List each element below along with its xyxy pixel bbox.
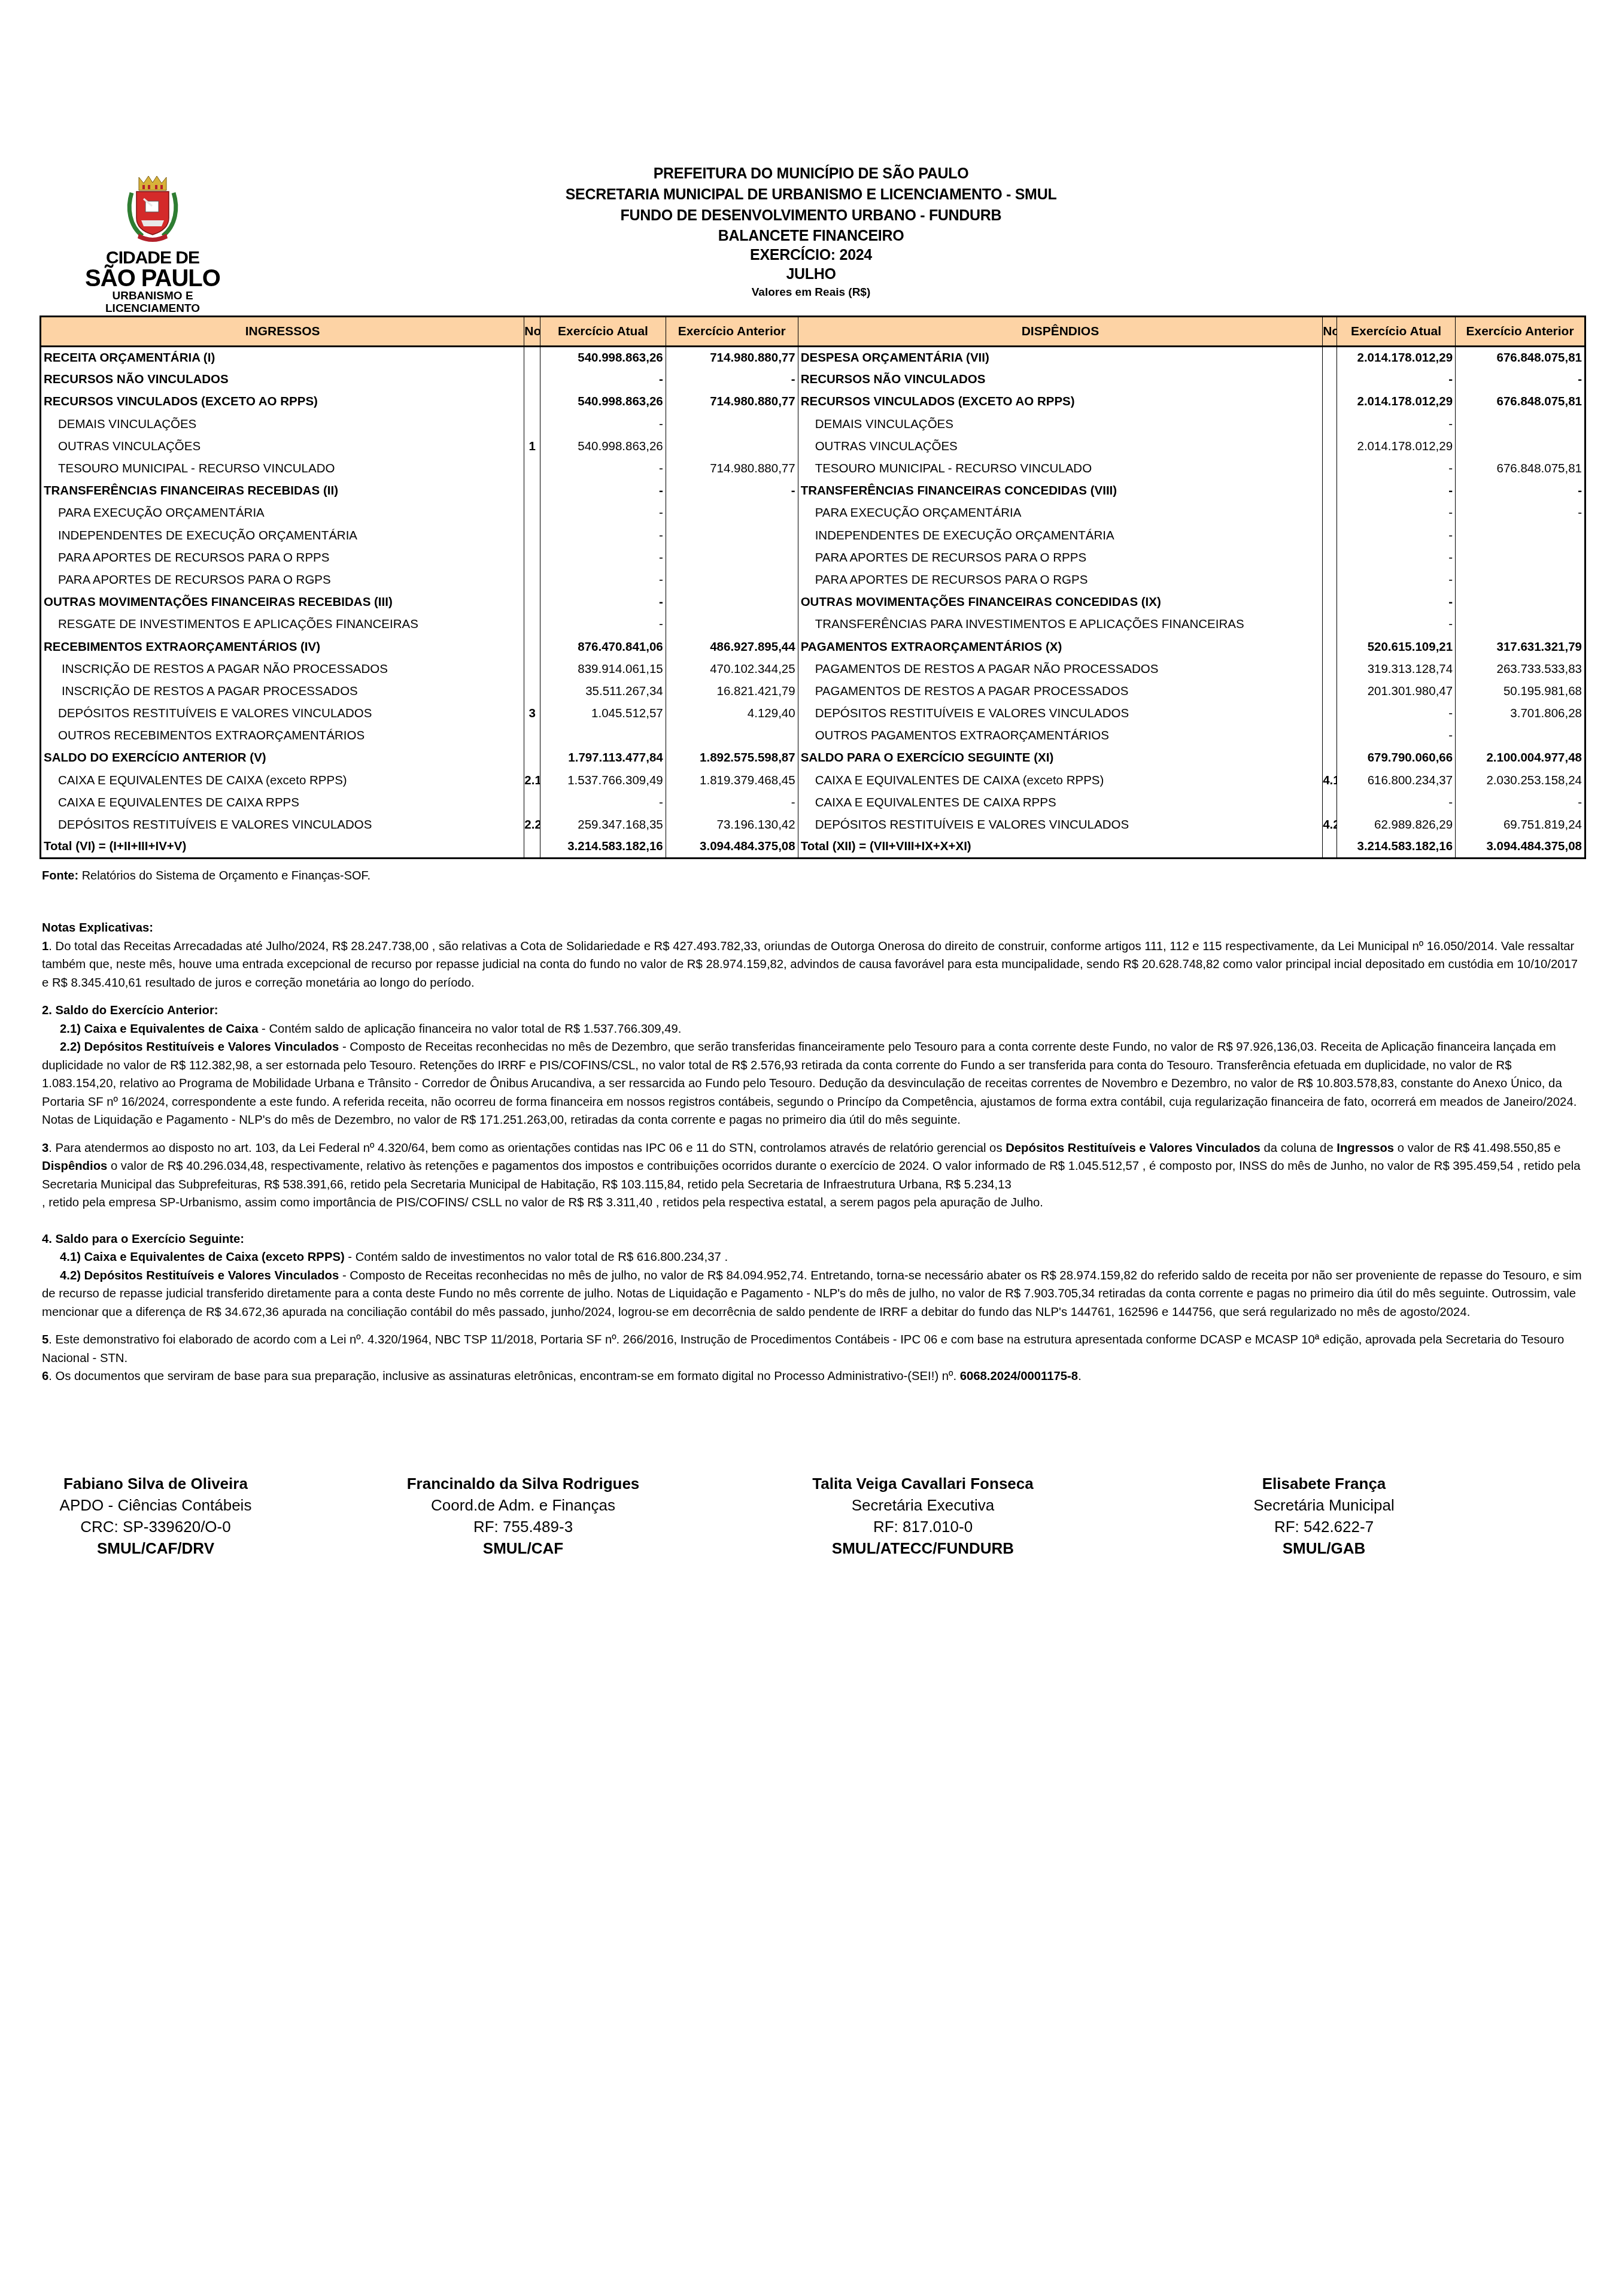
table-row: PARA APORTES DE RECURSOS PARA O RPPS-PAR… xyxy=(41,547,1585,569)
note-5: 5. Este demonstrativo foi elaborado de a… xyxy=(42,1331,1586,1367)
out-nota xyxy=(1323,658,1337,680)
out-label: PARA APORTES DE RECURSOS PARA O RPPS xyxy=(798,547,1323,569)
in-nota: 3 xyxy=(524,703,540,725)
in-exercicio-anterior: 16.821.421,79 xyxy=(666,680,798,702)
in-exercicio-anterior: - xyxy=(666,480,798,502)
out-label: TESOURO MUNICIPAL - RECURSO VINCULADO xyxy=(798,457,1323,480)
note-4-1: 4.1) Caixa e Equivalentes de Caixa (exce… xyxy=(42,1248,1586,1267)
in-label: RECEITA ORÇAMENTÁRIA (I) xyxy=(41,347,524,369)
in-nota xyxy=(524,347,540,369)
in-exercicio-atual: 1.045.512,57 xyxy=(540,703,666,725)
in-nota: 2.1 xyxy=(524,769,540,791)
balancete-table: INGRESSOS Nota Exercício Atual Exercício… xyxy=(40,316,1586,859)
in-exercicio-atual: - xyxy=(540,791,666,814)
out-label: TRANSFERÊNCIAS PARA INVESTIMENTOS E APLI… xyxy=(798,614,1323,636)
signature-block: Francinaldo da Silva Rodrigues Coord.de … xyxy=(356,1473,691,1559)
in-label: RESGATE DE INVESTIMENTOS E APLICAÇÕES FI… xyxy=(41,614,524,636)
out-exercicio-atual: 201.301.980,47 xyxy=(1337,680,1455,702)
out-exercicio-anterior: - xyxy=(1456,502,1585,524)
explanatory-notes: Notas Explicativas: 1. Do total das Rece… xyxy=(42,919,1586,1386)
in-nota xyxy=(524,391,540,413)
signer-id: RF: 755.489-3 xyxy=(356,1516,691,1537)
table-row: RECURSOS VINCULADOS (EXCETO AO RPPS)540.… xyxy=(41,391,1585,413)
logo: CIDADE DE SÃO PAULO URBANISMO E LICENCIA… xyxy=(84,175,221,303)
document-title: BALANCETE FINANCEIRO xyxy=(359,226,1263,245)
out-nota xyxy=(1323,614,1337,636)
out-label: DEMAIS VINCULAÇÕES xyxy=(798,413,1323,435)
out-exercicio-anterior: 50.195.981,68 xyxy=(1456,680,1585,702)
in-label: RECURSOS VINCULADOS (EXCETO AO RPPS) xyxy=(41,391,524,413)
out-exercicio-anterior xyxy=(1456,547,1585,569)
signature-block: Elisabete França Secretária Municipal RF… xyxy=(1156,1473,1492,1559)
in-exercicio-anterior xyxy=(666,569,798,591)
header-dispendios: DISPÊNDIOS xyxy=(798,317,1323,347)
out-exercicio-anterior: - xyxy=(1456,369,1585,391)
header-fundo: FUNDO DE DESENVOLVIMENTO URBANO - FUNDUR… xyxy=(359,205,1263,226)
in-label: SALDO DO EXERCÍCIO ANTERIOR (V) xyxy=(41,747,524,769)
out-exercicio-atual: - xyxy=(1337,592,1455,614)
in-nota: 2.2 xyxy=(524,814,540,836)
in-nota xyxy=(524,636,540,658)
in-exercicio-atual: - xyxy=(540,569,666,591)
out-nota xyxy=(1323,347,1337,369)
out-exercicio-atual: - xyxy=(1337,524,1455,547)
header-exercicio-atual: Exercício Atual xyxy=(1337,317,1455,347)
in-exercicio-atual xyxy=(540,725,666,747)
table-row: CAIXA E EQUIVALENTES DE CAIXA RPPS--CAIX… xyxy=(41,791,1585,814)
out-exercicio-atual: - xyxy=(1337,547,1455,569)
header-nota: Nota xyxy=(1323,317,1337,347)
in-exercicio-anterior xyxy=(666,413,798,435)
out-nota xyxy=(1323,791,1337,814)
in-nota: 1 xyxy=(524,435,540,457)
signer-id: CRC: SP-339620/O-0 xyxy=(0,1516,323,1537)
in-exercicio-atual: - xyxy=(540,369,666,391)
table-row: RECEITA ORÇAMENTÁRIA (I)540.998.863,2671… xyxy=(41,347,1585,369)
in-label: PARA APORTES DE RECURSOS PARA O RGPS xyxy=(41,569,524,591)
out-exercicio-anterior: 676.848.075,81 xyxy=(1456,391,1585,413)
table-row: OUTRAS MOVIMENTAÇÕES FINANCEIRAS RECEBID… xyxy=(41,592,1585,614)
header-exercicio: EXERCÍCIO: 2024 xyxy=(359,245,1263,265)
in-nota xyxy=(524,524,540,547)
in-nota xyxy=(524,369,540,391)
table-row: CAIXA E EQUIVALENTES DE CAIXA (exceto RP… xyxy=(41,769,1585,791)
in-exercicio-anterior: 3.094.484.375,08 xyxy=(666,836,798,859)
signer-id: RF: 817.010-0 xyxy=(755,1516,1091,1537)
out-label: PAGAMENTOS DE RESTOS A PAGAR NÃO PROCESS… xyxy=(798,658,1323,680)
document-header: PREFEITURA DO MUNICÍPIO DE SÃO PAULO SEC… xyxy=(359,163,1263,302)
out-exercicio-atual: 520.615.109,21 xyxy=(1337,636,1455,658)
in-exercicio-anterior: 714.980.880,77 xyxy=(666,347,798,369)
table-row: RECURSOS NÃO VINCULADOS-- RECURSOS NÃO V… xyxy=(41,369,1585,391)
signer-role: Coord.de Adm. e Finanças xyxy=(356,1494,691,1516)
in-nota xyxy=(524,547,540,569)
out-exercicio-atual: - xyxy=(1337,457,1455,480)
signer-unit: SMUL/CAF xyxy=(356,1537,691,1559)
header-exercicio-anterior: Exercício Anterior xyxy=(666,317,798,347)
in-label: INSCRIÇÃO DE RESTOS A PAGAR NÃO PROCESSA… xyxy=(41,658,524,680)
in-exercicio-anterior: 714.980.880,77 xyxy=(666,391,798,413)
in-label: TESOURO MUNICIPAL - RECURSO VINCULADO xyxy=(41,457,524,480)
signer-name: Talita Veiga Cavallari Fonseca xyxy=(755,1473,1091,1494)
logo-line3: URBANISMO E xyxy=(84,290,221,302)
out-exercicio-anterior: - xyxy=(1456,791,1585,814)
table-body: RECEITA ORÇAMENTÁRIA (I)540.998.863,2671… xyxy=(41,347,1585,859)
in-exercicio-anterior xyxy=(666,614,798,636)
in-exercicio-atual: - xyxy=(540,502,666,524)
out-nota xyxy=(1323,435,1337,457)
out-nota xyxy=(1323,369,1337,391)
out-nota xyxy=(1323,502,1337,524)
out-nota xyxy=(1323,636,1337,658)
out-label: OUTRAS MOVIMENTAÇÕES FINANCEIRAS CONCEDI… xyxy=(798,592,1323,614)
source-text: Relatórios do Sistema de Orçamento e Fin… xyxy=(78,869,370,882)
out-exercicio-anterior: - xyxy=(1456,480,1585,502)
signature-block: Talita Veiga Cavallari Fonseca Secretári… xyxy=(755,1473,1091,1559)
in-exercicio-atual: 540.998.863,26 xyxy=(540,347,666,369)
in-label: DEPÓSITOS RESTITUÍVEIS E VALORES VINCULA… xyxy=(41,703,524,725)
in-label: INDEPENDENTES DE EXECUÇÃO ORÇAMENTÁRIA xyxy=(41,524,524,547)
out-label: OUTROS PAGAMENTOS EXTRAORÇAMENTÁRIOS xyxy=(798,725,1323,747)
in-label: DEPÓSITOS RESTITUÍVEIS E VALORES VINCULA… xyxy=(41,814,524,836)
table-row: DEMAIS VINCULAÇÕES-DEMAIS VINCULAÇÕES- xyxy=(41,413,1585,435)
signer-name: Fabiano Silva de Oliveira xyxy=(0,1473,323,1494)
in-exercicio-anterior xyxy=(666,524,798,547)
out-nota: 4.2 xyxy=(1323,814,1337,836)
note-4-title: 4. Saldo para o Exercício Seguinte: xyxy=(42,1230,1586,1249)
note-4-2: 4.2) Depósitos Restituíveis e Valores Vi… xyxy=(42,1267,1586,1322)
table-row: DEPÓSITOS RESTITUÍVEIS E VALORES VINCULA… xyxy=(41,703,1585,725)
header-exercicio-anterior: Exercício Anterior xyxy=(1456,317,1585,347)
signatures: Fabiano Silva de Oliveira APDO - Ciência… xyxy=(0,1473,1622,1569)
in-exercicio-anterior xyxy=(666,435,798,457)
out-exercicio-anterior xyxy=(1456,592,1585,614)
in-exercicio-anterior: 1.819.379.468,45 xyxy=(666,769,798,791)
in-exercicio-atual: - xyxy=(540,592,666,614)
table-row: INSCRIÇÃO DE RESTOS A PAGAR NÃO PROCESSA… xyxy=(41,658,1585,680)
sao-paulo-coat-of-arms-icon xyxy=(126,175,180,245)
out-nota xyxy=(1323,725,1337,747)
out-exercicio-atual: - xyxy=(1337,480,1455,502)
header-nota: Nota xyxy=(524,317,540,347)
out-exercicio-atual: 3.214.583.182,16 xyxy=(1337,836,1455,859)
table-row: RECEBIMENTOS EXTRAORÇAMENTÁRIOS (IV)876.… xyxy=(41,636,1585,658)
out-label: DESPESA ORÇAMENTÁRIA (VII) xyxy=(798,347,1323,369)
notes-title: Notas Explicativas: xyxy=(42,921,153,935)
out-nota xyxy=(1323,747,1337,769)
table-row: OUTRAS VINCULAÇÕES1540.998.863,26OUTRAS … xyxy=(41,435,1585,457)
in-exercicio-atual: - xyxy=(540,457,666,480)
out-nota xyxy=(1323,524,1337,547)
out-nota xyxy=(1323,457,1337,480)
out-exercicio-anterior xyxy=(1456,524,1585,547)
table-row: PARA APORTES DE RECURSOS PARA O RGPS-PAR… xyxy=(41,569,1585,591)
out-label: PAGAMENTOS EXTRAORÇAMENTÁRIOS (X) xyxy=(798,636,1323,658)
logo-line4: LICENCIAMENTO xyxy=(84,302,221,315)
in-label: CAIXA E EQUIVALENTES DE CAIXA (exceto RP… xyxy=(41,769,524,791)
header-prefeitura: PREFEITURA DO MUNICÍPIO DE SÃO PAULO xyxy=(359,163,1263,184)
out-exercicio-atual: 616.800.234,37 xyxy=(1337,769,1455,791)
in-exercicio-anterior: - xyxy=(666,791,798,814)
out-exercicio-anterior: 3.094.484.375,08 xyxy=(1456,836,1585,859)
out-exercicio-atual: - xyxy=(1337,413,1455,435)
in-exercicio-atual: 1.797.113.477,84 xyxy=(540,747,666,769)
out-label: INDEPENDENTES DE EXECUÇÃO ORÇAMENTÁRIA xyxy=(798,524,1323,547)
signer-unit: SMUL/ATECC/FUNDURB xyxy=(755,1537,1091,1559)
out-exercicio-atual: 2.014.178.012,29 xyxy=(1337,391,1455,413)
out-label: PARA EXECUÇÃO ORÇAMENTÁRIA xyxy=(798,502,1323,524)
table-row: SALDO DO EXERCÍCIO ANTERIOR (V)1.797.113… xyxy=(41,747,1585,769)
out-nota xyxy=(1323,703,1337,725)
table-row: PARA EXECUÇÃO ORÇAMENTÁRIA-PARA EXECUÇÃO… xyxy=(41,502,1585,524)
in-exercicio-atual: 540.998.863,26 xyxy=(540,435,666,457)
out-exercicio-anterior: 2.030.253.158,24 xyxy=(1456,769,1585,791)
in-nota xyxy=(524,680,540,702)
in-exercicio-anterior: 4.129,40 xyxy=(666,703,798,725)
in-exercicio-anterior: 486.927.895,44 xyxy=(666,636,798,658)
out-exercicio-atual: 62.989.826,29 xyxy=(1337,814,1455,836)
signer-role: APDO - Ciências Contábeis xyxy=(0,1494,323,1516)
signature-block: Fabiano Silva de Oliveira APDO - Ciência… xyxy=(0,1473,323,1559)
signer-name: Elisabete França xyxy=(1156,1473,1492,1494)
in-exercicio-atual: - xyxy=(540,524,666,547)
out-exercicio-atual: - xyxy=(1337,369,1455,391)
out-exercicio-atual: 679.790.060,66 xyxy=(1337,747,1455,769)
out-exercicio-anterior xyxy=(1456,614,1585,636)
out-exercicio-anterior: 2.100.004.977,48 xyxy=(1456,747,1585,769)
header-secretaria: SECRETARIA MUNICIPAL DE URBANISMO E LICE… xyxy=(359,184,1263,205)
in-label: OUTRAS MOVIMENTAÇÕES FINANCEIRAS RECEBID… xyxy=(41,592,524,614)
in-exercicio-atual: 1.537.766.309,49 xyxy=(540,769,666,791)
out-label: TRANSFERÊNCIAS FINANCEIRAS CONCEDIDAS (V… xyxy=(798,480,1323,502)
in-exercicio-anterior xyxy=(666,725,798,747)
table-row: Total (VI) = (I+II+III+IV+V)3.214.583.18… xyxy=(41,836,1585,859)
header-units: Valores em Reais (R$) xyxy=(359,284,1263,302)
out-exercicio-anterior: 676.848.075,81 xyxy=(1456,457,1585,480)
in-exercicio-atual: 839.914.061,15 xyxy=(540,658,666,680)
note-2-1: 2.1) Caixa e Equivalentes de Caixa - Con… xyxy=(42,1020,1586,1039)
signer-role: Secretária Municipal xyxy=(1156,1494,1492,1516)
out-label: CAIXA E EQUIVALENTES DE CAIXA RPPS xyxy=(798,791,1323,814)
in-label: OUTROS RECEBIMENTOS EXTRAORÇAMENTÁRIOS xyxy=(41,725,524,747)
out-label: SALDO PARA O EXERCÍCIO SEGUINTE (XI) xyxy=(798,747,1323,769)
out-label: OUTRAS VINCULAÇÕES xyxy=(798,435,1323,457)
in-nota xyxy=(524,457,540,480)
in-nota xyxy=(524,592,540,614)
source-note: Fonte: Relatórios do Sistema de Orçament… xyxy=(42,869,370,883)
in-nota xyxy=(524,791,540,814)
in-label: TRANSFERÊNCIAS FINANCEIRAS RECEBIDAS (II… xyxy=(41,480,524,502)
in-label: RECURSOS NÃO VINCULADOS xyxy=(41,369,524,391)
table-row: DEPÓSITOS RESTITUÍVEIS E VALORES VINCULA… xyxy=(41,814,1585,836)
out-label: DEPÓSITOS RESTITUÍVEIS E VALORES VINCULA… xyxy=(798,703,1323,725)
logo-line2: SÃO PAULO xyxy=(84,267,221,290)
table-row: RESGATE DE INVESTIMENTOS E APLICAÇÕES FI… xyxy=(41,614,1585,636)
in-exercicio-atual: - xyxy=(540,480,666,502)
note-1: 1. Do total das Receitas Arrecadadas até… xyxy=(42,938,1586,993)
out-exercicio-anterior xyxy=(1456,413,1585,435)
note-2-title: 2. Saldo do Exercício Anterior: xyxy=(42,1002,1586,1020)
in-exercicio-anterior: - xyxy=(666,369,798,391)
in-label: Total (VI) = (I+II+III+IV+V) xyxy=(41,836,524,859)
in-nota xyxy=(524,569,540,591)
in-exercicio-anterior: 470.102.344,25 xyxy=(666,658,798,680)
table-row: INSCRIÇÃO DE RESTOS A PAGAR PROCESSADOS3… xyxy=(41,680,1585,702)
out-exercicio-anterior xyxy=(1456,569,1585,591)
out-exercicio-anterior: 676.848.075,81 xyxy=(1456,347,1585,369)
signer-unit: SMUL/CAF/DRV xyxy=(0,1537,323,1559)
out-exercicio-atual: 2.014.178.012,29 xyxy=(1337,347,1455,369)
in-exercicio-atual: - xyxy=(540,614,666,636)
out-nota xyxy=(1323,592,1337,614)
out-label: PARA APORTES DE RECURSOS PARA O RGPS xyxy=(798,569,1323,591)
out-exercicio-atual: - xyxy=(1337,703,1455,725)
in-exercicio-anterior: 1.892.575.598,87 xyxy=(666,747,798,769)
in-exercicio-atual: 35.511.267,34 xyxy=(540,680,666,702)
in-label: INSCRIÇÃO DE RESTOS A PAGAR PROCESSADOS xyxy=(41,680,524,702)
in-label: RECEBIMENTOS EXTRAORÇAMENTÁRIOS (IV) xyxy=(41,636,524,658)
in-nota xyxy=(524,836,540,859)
note-2-2: 2.2) Depósitos Restituíveis e Valores Vi… xyxy=(42,1038,1586,1130)
logo-line1: CIDADE DE xyxy=(84,249,221,267)
out-nota: 4.1 xyxy=(1323,769,1337,791)
in-nota xyxy=(524,747,540,769)
in-exercicio-anterior: 73.196.130,42 xyxy=(666,814,798,836)
in-exercicio-atual: 876.470.841,06 xyxy=(540,636,666,658)
out-exercicio-atual: - xyxy=(1337,502,1455,524)
in-label: OUTRAS VINCULAÇÕES xyxy=(41,435,524,457)
signer-id: RF: 542.622-7 xyxy=(1156,1516,1492,1537)
out-nota xyxy=(1323,480,1337,502)
out-label: PAGAMENTOS DE RESTOS A PAGAR PROCESSADOS xyxy=(798,680,1323,702)
out-exercicio-atual: 319.313.128,74 xyxy=(1337,658,1455,680)
in-nota xyxy=(524,480,540,502)
in-label: PARA APORTES DE RECURSOS PARA O RPPS xyxy=(41,547,524,569)
in-label: PARA EXECUÇÃO ORÇAMENTÁRIA xyxy=(41,502,524,524)
out-nota xyxy=(1323,547,1337,569)
out-exercicio-atual: - xyxy=(1337,791,1455,814)
in-exercicio-anterior xyxy=(666,547,798,569)
in-exercicio-anterior: 714.980.880,77 xyxy=(666,457,798,480)
out-exercicio-anterior: 69.751.819,24 xyxy=(1456,814,1585,836)
in-nota xyxy=(524,614,540,636)
out-exercicio-anterior: 317.631.321,79 xyxy=(1456,636,1585,658)
out-nota xyxy=(1323,836,1337,859)
in-nota xyxy=(524,658,540,680)
out-label: DEPÓSITOS RESTITUÍVEIS E VALORES VINCULA… xyxy=(798,814,1323,836)
table-header-row: INGRESSOS Nota Exercício Atual Exercício… xyxy=(41,317,1585,347)
signer-role: Secretária Executiva xyxy=(755,1494,1091,1516)
out-exercicio-atual: - xyxy=(1337,725,1455,747)
in-nota xyxy=(524,502,540,524)
in-exercicio-atual: - xyxy=(540,413,666,435)
out-exercicio-atual: - xyxy=(1337,569,1455,591)
out-nota xyxy=(1323,569,1337,591)
in-nota xyxy=(524,413,540,435)
header-exercicio-atual: Exercício Atual xyxy=(540,317,666,347)
in-label: CAIXA E EQUIVALENTES DE CAIXA RPPS xyxy=(41,791,524,814)
out-nota xyxy=(1323,413,1337,435)
out-label: RECURSOS VINCULADOS (EXCETO AO RPPS) xyxy=(798,391,1323,413)
header-ingressos: INGRESSOS xyxy=(41,317,524,347)
note-6: 6. Os documentos que serviram de base pa… xyxy=(42,1367,1586,1386)
in-label: DEMAIS VINCULAÇÕES xyxy=(41,413,524,435)
out-exercicio-atual: - xyxy=(1337,614,1455,636)
out-nota xyxy=(1323,391,1337,413)
process-number: 6068.2024/0001175-8 xyxy=(960,1370,1078,1383)
out-nota xyxy=(1323,680,1337,702)
table-row: TESOURO MUNICIPAL - RECURSO VINCULADO-71… xyxy=(41,457,1585,480)
signer-name: Francinaldo da Silva Rodrigues xyxy=(356,1473,691,1494)
out-label: CAIXA E EQUIVALENTES DE CAIXA (exceto RP… xyxy=(798,769,1323,791)
in-exercicio-atual: 3.214.583.182,16 xyxy=(540,836,666,859)
out-exercicio-anterior xyxy=(1456,435,1585,457)
in-nota xyxy=(524,725,540,747)
out-label: Total (XII) = (VII+VIII+IX+X+XI) xyxy=(798,836,1323,859)
note-3: 3. Para atendermos ao disposto no art. 1… xyxy=(42,1139,1586,1212)
table-row: INDEPENDENTES DE EXECUÇÃO ORÇAMENTÁRIA-I… xyxy=(41,524,1585,547)
in-exercicio-atual: 540.998.863,26 xyxy=(540,391,666,413)
out-exercicio-anterior: 3.701.806,28 xyxy=(1456,703,1585,725)
in-exercicio-anterior xyxy=(666,592,798,614)
source-label: Fonte: xyxy=(42,869,78,882)
out-exercicio-anterior: 263.733.533,83 xyxy=(1456,658,1585,680)
in-exercicio-atual: - xyxy=(540,547,666,569)
signer-unit: SMUL/GAB xyxy=(1156,1537,1492,1559)
in-exercicio-anterior xyxy=(666,502,798,524)
out-label: RECURSOS NÃO VINCULADOS xyxy=(798,369,1323,391)
header-month: JULHO xyxy=(359,265,1263,284)
out-exercicio-atual: 2.014.178.012,29 xyxy=(1337,435,1455,457)
in-exercicio-atual: 259.347.168,35 xyxy=(540,814,666,836)
table-row: OUTROS RECEBIMENTOS EXTRAORÇAMENTÁRIOSOU… xyxy=(41,725,1585,747)
table-row: TRANSFERÊNCIAS FINANCEIRAS RECEBIDAS (II… xyxy=(41,480,1585,502)
out-exercicio-anterior xyxy=(1456,725,1585,747)
